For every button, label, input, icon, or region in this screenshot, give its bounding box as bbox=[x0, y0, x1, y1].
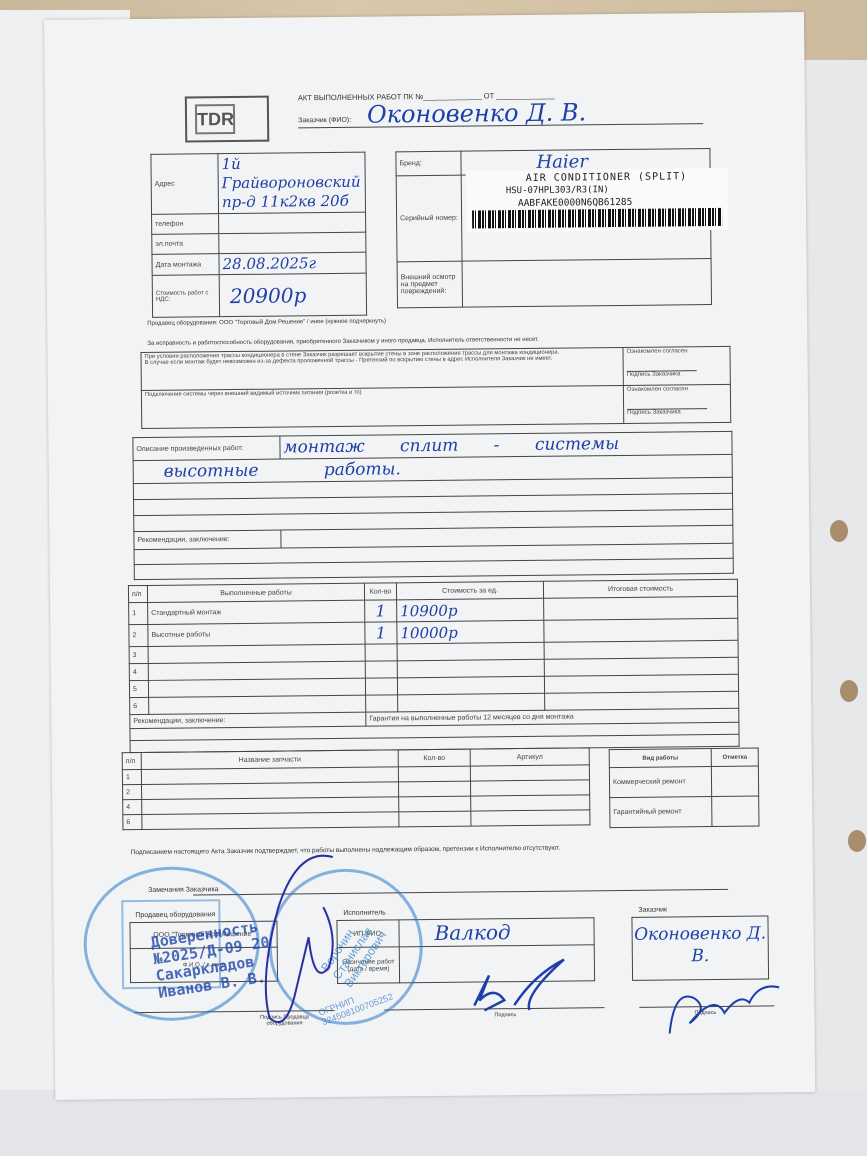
inspection-value bbox=[462, 259, 711, 308]
clause-wall-opening: При условии расположения трассы кондицио… bbox=[141, 347, 623, 390]
punch-hole bbox=[830, 520, 848, 542]
agree-label: Ознакомлен согласен bbox=[627, 386, 727, 393]
background-bottom bbox=[0, 1090, 867, 1156]
executor-signature bbox=[454, 954, 585, 1015]
customer-name-signature: Оконовенко Д. В. bbox=[632, 922, 767, 967]
sticker-serial: AABFAKE0000N6QB61285 bbox=[518, 197, 632, 209]
phone-value bbox=[219, 212, 366, 234]
inspection-label: Внешний осмотр на предмет повреждений: bbox=[397, 261, 462, 308]
cost-value: 20900р bbox=[219, 273, 366, 317]
sticker-product: AIR CONDITIONER (SPLIT) bbox=[526, 171, 688, 184]
warranty-repair-mark bbox=[712, 796, 759, 826]
email-value bbox=[219, 232, 366, 254]
header-qty: Кол-во bbox=[364, 583, 396, 600]
parts-header-qty: Кол-во bbox=[398, 749, 470, 767]
document-page: TDR АКТ ВЫПОЛНЕННЫХ РАБОТ ПК №__________… bbox=[44, 12, 815, 1100]
works-table: п/п Выполненные работы Кол-во Стоимость … bbox=[128, 579, 740, 753]
serial-label: Серийный номер: bbox=[396, 175, 462, 262]
client-info-table: Адрес 1й Грайвороновский пр-д 11к2кв 20б… bbox=[150, 152, 367, 318]
logo-text: TDR bbox=[195, 104, 235, 134]
commercial-repair-mark bbox=[711, 766, 758, 796]
work-description-label: Описание произведенных работ: bbox=[133, 436, 280, 461]
customer-sign-label: Подпись Заказчика bbox=[627, 409, 727, 416]
clause-power-source: Подключение системы через внешний видимы… bbox=[141, 385, 623, 428]
customer-sign-label: Подпись Заказчика bbox=[627, 371, 727, 378]
address-value: 1й Грайвороновский пр-д 11к2кв 20б bbox=[218, 152, 366, 214]
brand-label: Бренд: bbox=[396, 151, 461, 176]
warranty-repair-label: Гарантийный ремонт bbox=[610, 797, 712, 828]
parts-header-article: Артикул bbox=[470, 748, 589, 766]
header-unit-cost: Стоимость за ед. bbox=[396, 581, 543, 600]
cost-label: Стоимость работ с НДС: bbox=[152, 275, 219, 318]
customer-name-box: Оконовенко Д. В. bbox=[631, 915, 769, 980]
work-description-table: Описание произведенных работ: монтаж спл… bbox=[132, 431, 733, 580]
parts-table: п/п Название запчасти Кол-во Артикул 1 2… bbox=[122, 747, 591, 830]
header-number: п/п bbox=[128, 585, 147, 602]
barcode bbox=[472, 208, 722, 229]
header-total: Итоговая стоимость bbox=[543, 579, 737, 598]
recommendation-label: Рекомендации, заключение: bbox=[134, 530, 281, 550]
work-type-header: Вид работы bbox=[609, 749, 711, 768]
customer-signature bbox=[659, 977, 790, 1038]
work-type-table: Вид работы Отметка Коммерческий ремонт Г… bbox=[609, 748, 760, 829]
customer-sign-block-label: Заказчик bbox=[638, 907, 667, 914]
serial-sticker: AIR CONDITIONER (SPLIT) HSU-07HPL303/R3(… bbox=[466, 168, 729, 233]
install-date-value: 28.08.2025г bbox=[219, 252, 366, 275]
phone-label: телефон bbox=[152, 214, 219, 235]
sticker-model: HSU-07HPL303/R3(IN) bbox=[506, 185, 609, 196]
seller-note: Продавец оборудования: ООО "Торговый Дом… bbox=[147, 318, 386, 327]
customer-label: Заказчик (ФИО): bbox=[298, 117, 351, 125]
address-label: Адрес bbox=[151, 154, 219, 215]
email-label: эл.почта bbox=[152, 234, 219, 255]
punch-hole bbox=[848, 830, 866, 852]
punch-hole bbox=[840, 680, 858, 702]
agree-label: Ознакомлен согласен bbox=[626, 348, 726, 355]
liability-note: За исправность и работоспособность обору… bbox=[147, 337, 538, 347]
commercial-repair-label: Коммерческий ремонт bbox=[609, 767, 711, 798]
clauses-table: При условии расположения трассы кондицио… bbox=[140, 346, 731, 429]
parts-header-number: п/п bbox=[122, 753, 141, 770]
executor-fio-value: Валкод bbox=[399, 918, 594, 947]
company-logo: TDR bbox=[185, 96, 269, 143]
mark-header: Отметка bbox=[711, 748, 758, 766]
install-date-label: Дата монтажа bbox=[152, 254, 219, 276]
seller-signature bbox=[238, 847, 350, 1038]
